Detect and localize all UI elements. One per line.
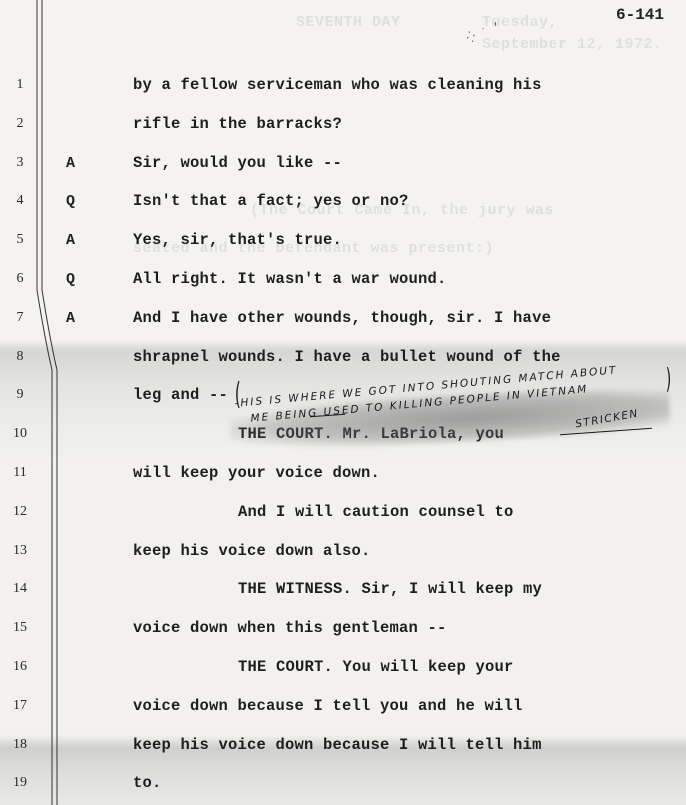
- speaker-label: Q: [66, 193, 75, 210]
- transcript-line: 15voice down when this gentleman --: [0, 618, 686, 642]
- line-text: keep his voice down because I will tell …: [133, 736, 542, 754]
- line-text: And I have other wounds, though, sir. I …: [133, 309, 551, 327]
- line-number: 1: [8, 77, 32, 93]
- transcript-line: 12And I will caution counsel to: [0, 502, 686, 526]
- transcript-line: 2rifle in the barracks?: [0, 114, 686, 138]
- transcript-line: 5AYes, sir, that's true.: [0, 230, 686, 254]
- line-text: rifle in the barracks?: [133, 115, 342, 133]
- line-number: 17: [8, 698, 32, 714]
- bleed-through-text: SEVENTH DAY: [296, 14, 401, 31]
- line-number: 12: [8, 504, 32, 520]
- transcript-line: 17voice down because I tell you and he w…: [0, 696, 686, 720]
- speaker-label: A: [66, 310, 75, 327]
- line-number: 18: [8, 737, 32, 753]
- line-number: 2: [8, 116, 32, 132]
- line-number: 19: [8, 775, 32, 791]
- line-text: Sir, would you like --: [133, 154, 342, 172]
- line-text: to.: [133, 774, 162, 792]
- line-number: 14: [8, 581, 32, 597]
- line-number: 8: [8, 349, 32, 365]
- transcript-page: SEVENTH DAY Tuesday, September 12, 1972.…: [0, 0, 686, 805]
- line-number: 13: [8, 543, 32, 559]
- transcript-line: 19to.: [0, 773, 686, 797]
- line-number: 7: [8, 310, 32, 326]
- line-number: 11: [8, 465, 32, 481]
- line-number: 9: [8, 387, 32, 403]
- speaker-label: Q: [66, 271, 75, 288]
- line-text: All right. It wasn't a war wound.: [133, 270, 447, 288]
- transcript-line: 7AAnd I have other wounds, though, sir. …: [0, 308, 686, 332]
- line-text: keep his voice down also.: [133, 542, 371, 560]
- line-text: voice down when this gentleman --: [133, 619, 447, 637]
- speaker-label: A: [66, 155, 75, 172]
- line-number: 6: [8, 271, 32, 287]
- line-text: Isn't that a fact; yes or no?: [133, 192, 409, 210]
- transcript-line: 4QIsn't that a fact; yes or no?: [0, 191, 686, 215]
- line-number: 4: [8, 193, 32, 209]
- line-text: THE COURT. You will keep your: [238, 658, 514, 676]
- transcript-line: 16THE COURT. You will keep your: [0, 657, 686, 681]
- line-text: voice down because I tell you and he wil…: [133, 697, 523, 715]
- line-number: 3: [8, 155, 32, 171]
- line-number: 15: [8, 620, 32, 636]
- line-text: And I will caution counsel to: [238, 503, 514, 521]
- line-text: by a fellow serviceman who was cleaning …: [133, 76, 542, 94]
- line-number: 5: [8, 232, 32, 248]
- transcript-line: 1by a fellow serviceman who was cleaning…: [0, 75, 686, 99]
- transcript-line: 14THE WITNESS. Sir, I will keep my: [0, 579, 686, 603]
- speaker-label: A: [66, 232, 75, 249]
- line-number: 10: [8, 426, 32, 442]
- line-number: 16: [8, 659, 32, 675]
- page-number: 6-141: [616, 6, 664, 24]
- handwritten-close-paren: ): [666, 362, 671, 395]
- transcript-line: 13keep his voice down also.: [0, 541, 686, 565]
- transcript-line: 11will keep your voice down.: [0, 463, 686, 487]
- line-text: leg and --: [133, 386, 228, 404]
- transcript-line: 3ASir, would you like --: [0, 153, 686, 177]
- transcript-line: 18keep his voice down because I will tel…: [0, 735, 686, 759]
- line-text: will keep your voice down.: [133, 464, 380, 482]
- line-text: THE WITNESS. Sir, I will keep my: [238, 580, 542, 598]
- transcript-line: 6QAll right. It wasn't a war wound.: [0, 269, 686, 293]
- line-text: shrapnel wounds. I have a bullet wound o…: [133, 348, 561, 366]
- bleed-through-text: September 12, 1972.: [482, 36, 663, 53]
- line-text: Yes, sir, that's true.: [133, 231, 342, 249]
